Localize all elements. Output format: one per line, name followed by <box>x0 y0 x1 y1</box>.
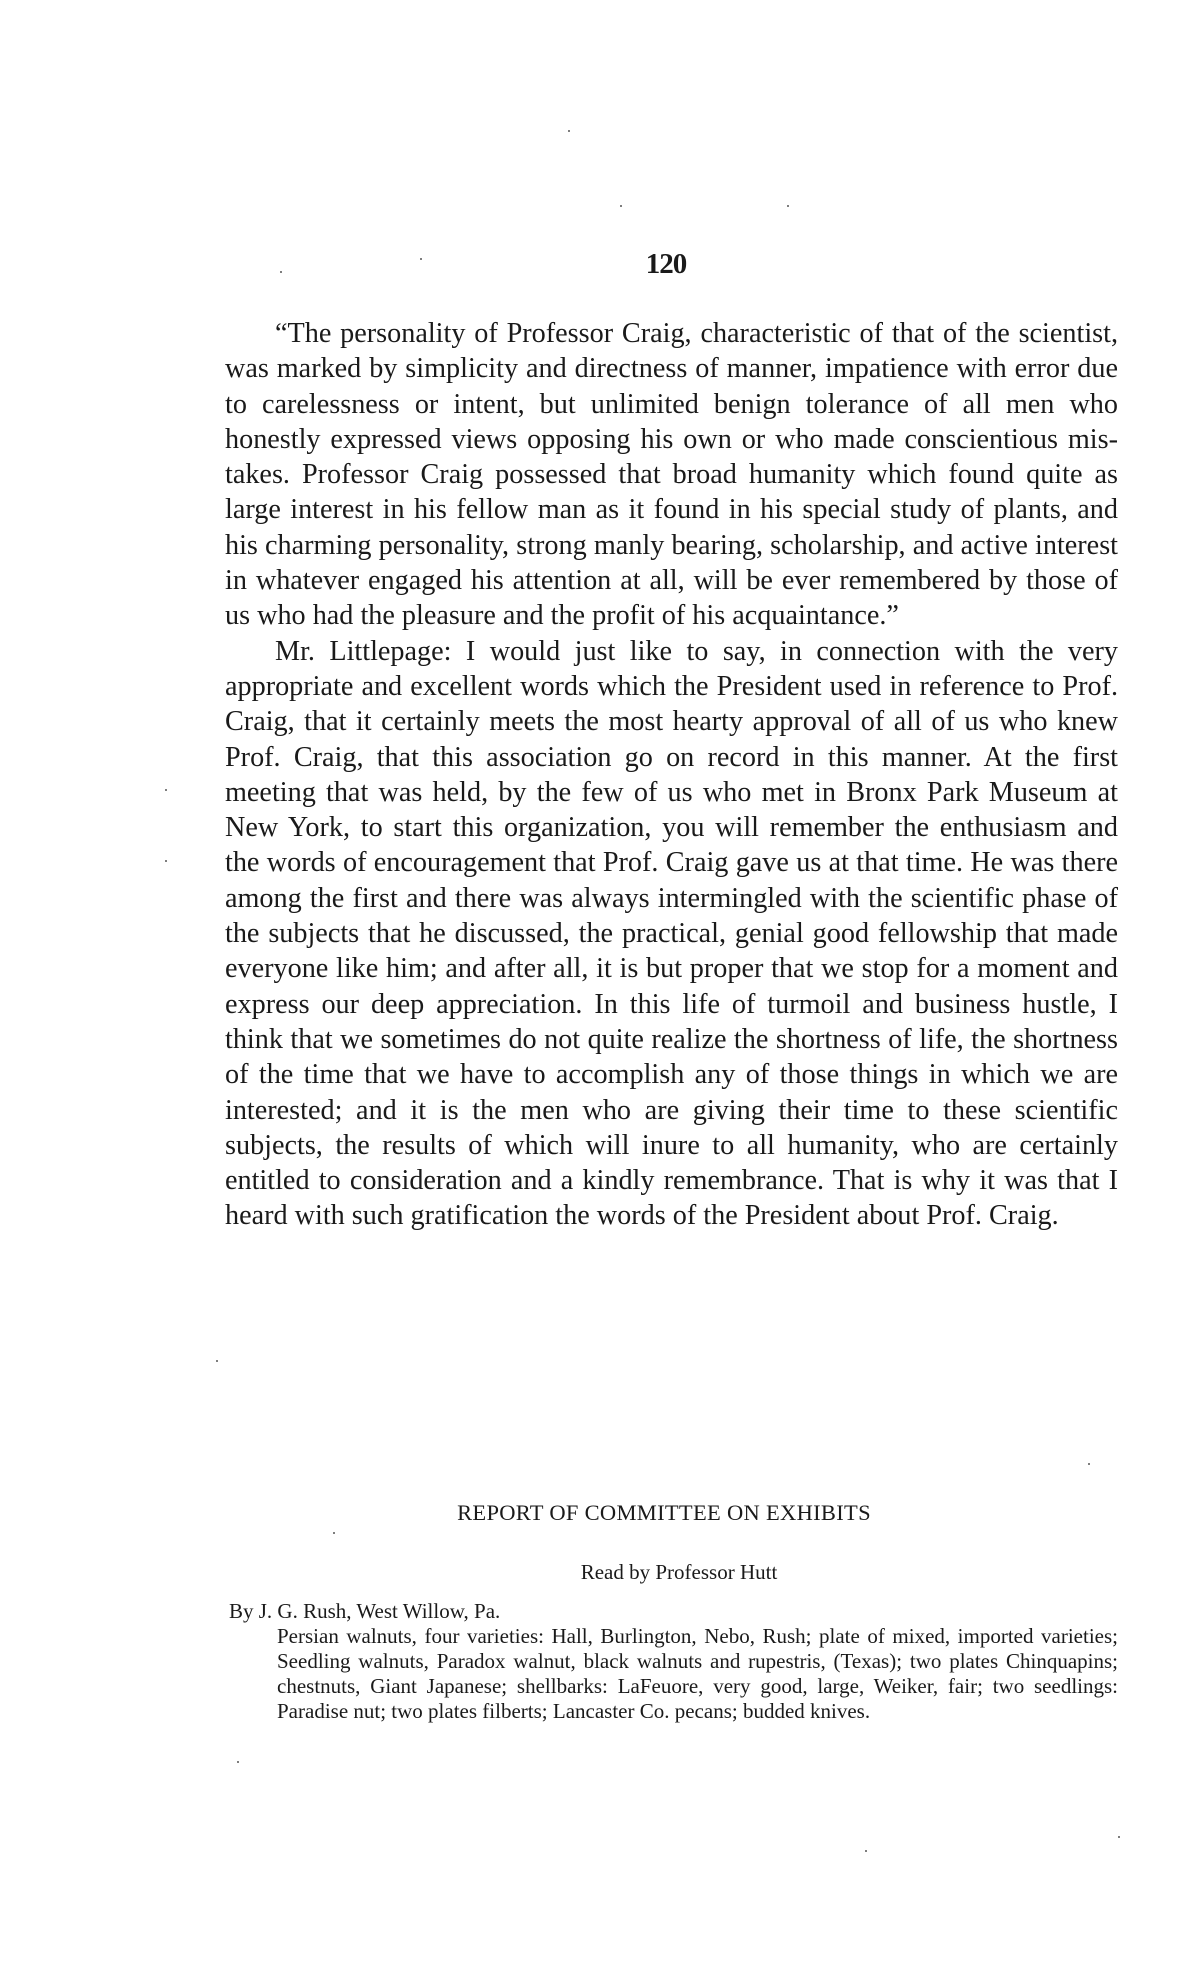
paragraph-littlepage-remarks: Mr. Littlepage: I would just like to say… <box>225 634 1118 1234</box>
scan-speck <box>568 130 570 132</box>
report-subheading: Read by Professor Hutt <box>225 1560 1133 1585</box>
exhibit-items: Persian walnuts, four varieties: Hall, B… <box>277 1624 1118 1724</box>
scan-speck <box>420 258 422 260</box>
scan-speck <box>237 1761 239 1763</box>
paragraph-craig-tribute-quote: “The personality of Professor Craig, cha… <box>225 316 1118 634</box>
scan-speck <box>165 789 167 791</box>
scan-speck <box>165 860 167 862</box>
scan-speck <box>787 205 789 207</box>
scan-speck <box>1088 1463 1090 1465</box>
body-text: “The personality of Professor Craig, cha… <box>225 316 1118 1234</box>
page-number: 120 <box>0 248 1200 281</box>
scan-speck <box>1118 1836 1120 1838</box>
scan-speck <box>620 205 622 207</box>
report-heading: REPORT OF COMMITTEE ON EXHIBITS <box>225 1500 1103 1526</box>
scan-speck <box>216 1360 218 1362</box>
scan-speck <box>280 271 282 273</box>
scan-speck <box>333 1532 335 1534</box>
exhibitor-line: By J. G. Rush, West Willow, Pa. <box>229 1599 1118 1624</box>
exhibit-entry: By J. G. Rush, West Willow, Pa. Persian … <box>229 1599 1118 1724</box>
scan-speck <box>865 1850 867 1852</box>
